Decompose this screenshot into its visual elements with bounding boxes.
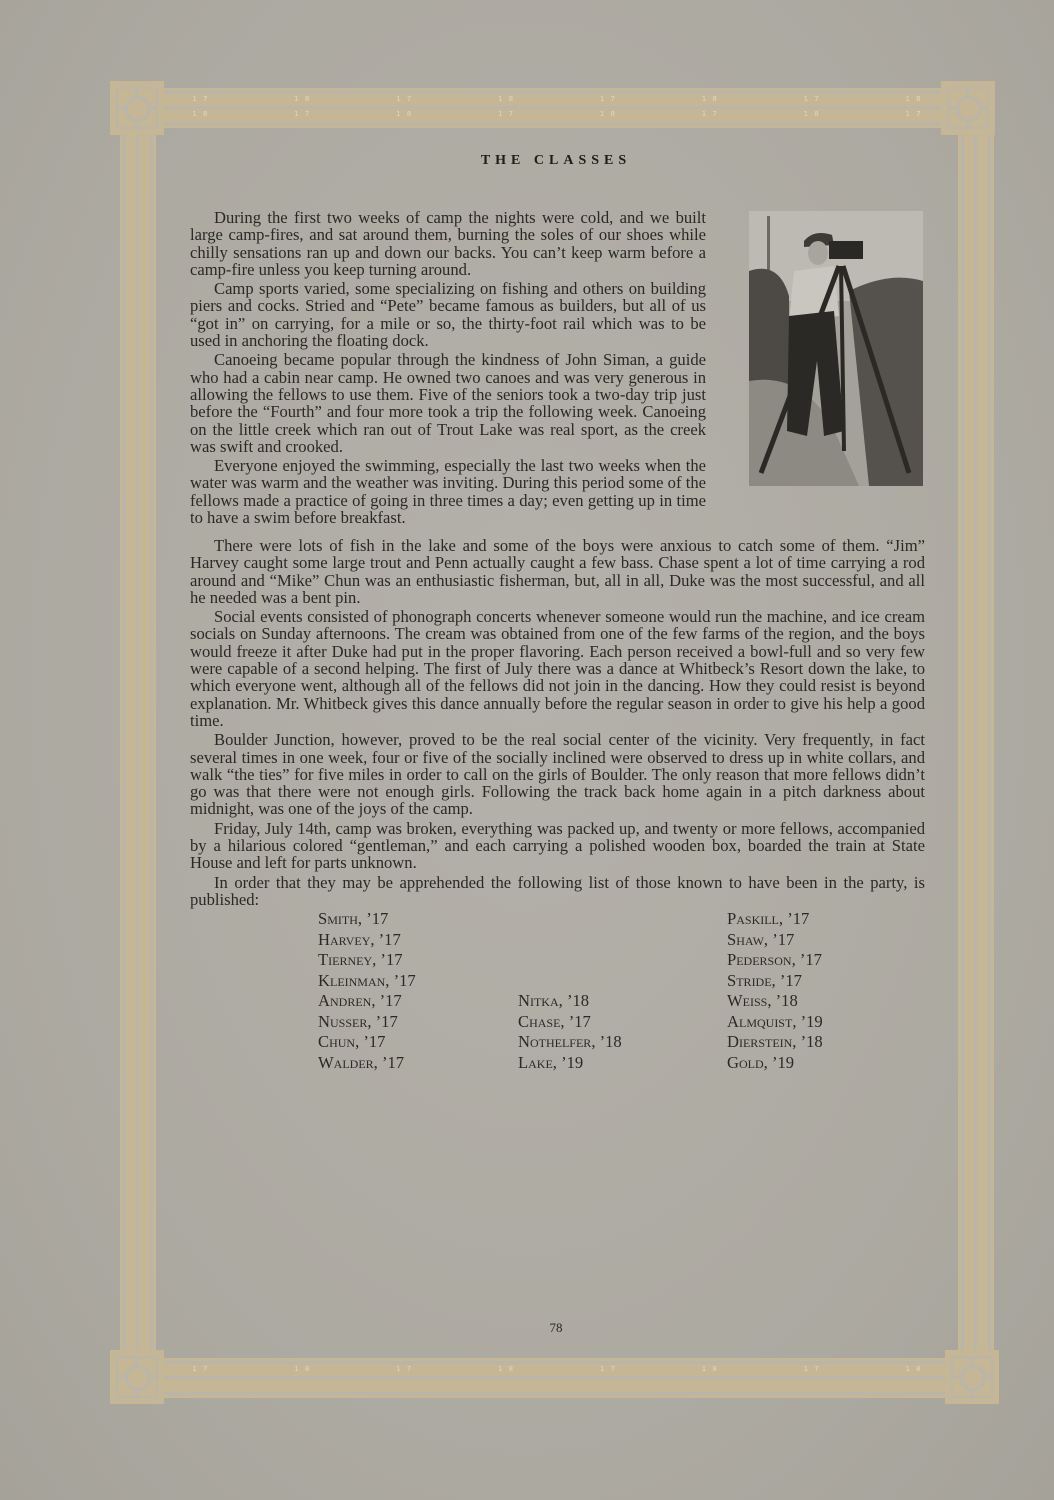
paragraph: Everyone enjoyed the swimming, especiall… xyxy=(190,457,706,526)
frame-left-band xyxy=(120,133,156,1355)
frame-label: 1 7 xyxy=(192,1365,209,1373)
roster-name: Smith, ’17 xyxy=(318,909,416,930)
paragraph: In order that they may be apprehended th… xyxy=(190,874,925,909)
frame-corner-ornament-icon xyxy=(944,84,992,132)
frame-label: 1 8 xyxy=(294,95,311,103)
roster-name: Walder, ’17 xyxy=(318,1053,416,1074)
frame-label: 1 7 xyxy=(905,110,922,118)
roster-name: Stride, ’17 xyxy=(727,971,823,992)
party-roster: Smith, ’17 Harvey, ’17 Tierney, ’17 Klei… xyxy=(318,909,878,1079)
frame-label: 1 8 xyxy=(905,95,922,103)
paragraph: There were lots of fish in the lake and … xyxy=(190,537,925,606)
paragraph: Boulder Junction, however, proved to be … xyxy=(190,731,925,817)
roster-name: Chase, ’17 xyxy=(518,1012,622,1033)
paragraph: Friday, July 14th, camp was broken, ever… xyxy=(190,820,925,872)
surveyor-with-transit-photo xyxy=(749,211,923,486)
roster-column-2: Nitka, ’18 Chase, ’17 Nothelfer, ’18 Lak… xyxy=(518,991,622,1073)
roster-name: Paskill, ’17 xyxy=(727,909,823,930)
roster-name: Almquist, ’19 xyxy=(727,1012,823,1033)
article-body-wide: There were lots of fish in the lake and … xyxy=(190,537,925,910)
roster-name: Harvey, ’17 xyxy=(318,930,416,951)
roster-name: Shaw, ’17 xyxy=(727,930,823,951)
frame-label: 1 8 xyxy=(702,1365,719,1373)
frame-label: 1 8 xyxy=(905,1365,922,1373)
roster-name: Pederson, ’17 xyxy=(727,950,823,971)
roster-column-1: Smith, ’17 Harvey, ’17 Tierney, ’17 Klei… xyxy=(318,909,416,1073)
frame-label: 1 8 xyxy=(396,110,413,118)
frame-label: 1 8 xyxy=(600,110,617,118)
frame-label: 1 7 xyxy=(600,1365,617,1373)
frame-label: 1 8 xyxy=(702,95,719,103)
frame-corner-ornament-icon xyxy=(113,1353,161,1401)
photo-illustration-icon xyxy=(749,211,923,486)
running-head: THE CLASSES xyxy=(0,153,1054,169)
frame-corner-ornament-icon xyxy=(113,84,161,132)
frame-label: 1 7 xyxy=(396,95,413,103)
frame-label: 1 7 xyxy=(192,95,209,103)
frame-label: 1 8 xyxy=(192,110,209,118)
page-number: 78 xyxy=(0,1320,1054,1336)
roster-name: Nothelfer, ’18 xyxy=(518,1032,622,1053)
frame-label: 1 7 xyxy=(294,110,311,118)
frame-label: 1 8 xyxy=(498,1365,515,1373)
frame-bottom-band: 1 7 1 8 1 7 1 8 1 7 1 8 1 7 1 8 xyxy=(150,1358,965,1398)
roster-name: Tierney, ’17 xyxy=(318,950,416,971)
paragraph: Social events consisted of phonograph co… xyxy=(190,608,925,729)
frame-label: 1 7 xyxy=(804,1365,821,1373)
frame-label: 1 7 xyxy=(498,110,515,118)
roster-name: Lake, ’19 xyxy=(518,1053,622,1074)
frame-top-band: 1 7 1 8 1 7 1 8 1 7 1 8 1 7 1 8 1 8 1 7 … xyxy=(150,88,965,128)
article-body-narrow: During the first two weeks of camp the n… xyxy=(190,209,706,528)
roster-name: Chun, ’17 xyxy=(318,1032,416,1053)
roster-column-3: Paskill, ’17 Shaw, ’17 Pederson, ’17 Str… xyxy=(727,909,823,1073)
frame-label: 1 7 xyxy=(600,95,617,103)
roster-name: Gold, ’19 xyxy=(727,1053,823,1074)
frame-label: 1 8 xyxy=(498,95,515,103)
paragraph: Canoeing became popular through the kind… xyxy=(190,351,706,455)
roster-name: Weiss, ’18 xyxy=(727,991,823,1012)
frame-label: 1 8 xyxy=(294,1365,311,1373)
frame-label: 1 7 xyxy=(396,1365,413,1373)
frame-label: 1 8 xyxy=(804,110,821,118)
roster-name: Nusser, ’17 xyxy=(318,1012,416,1033)
frame-right-band xyxy=(958,133,994,1355)
roster-name: Andren, ’17 xyxy=(318,991,416,1012)
roster-name: Kleinman, ’17 xyxy=(318,971,416,992)
paragraph: During the first two weeks of camp the n… xyxy=(190,209,706,278)
frame-label: 1 7 xyxy=(702,110,719,118)
frame-corner-ornament-icon xyxy=(948,1353,996,1401)
roster-name: Nitka, ’18 xyxy=(518,991,622,1012)
frame-label: 1 7 xyxy=(804,95,821,103)
paragraph: Camp sports varied, some specializing on… xyxy=(190,280,706,349)
roster-name: Dierstein, ’18 xyxy=(727,1032,823,1053)
